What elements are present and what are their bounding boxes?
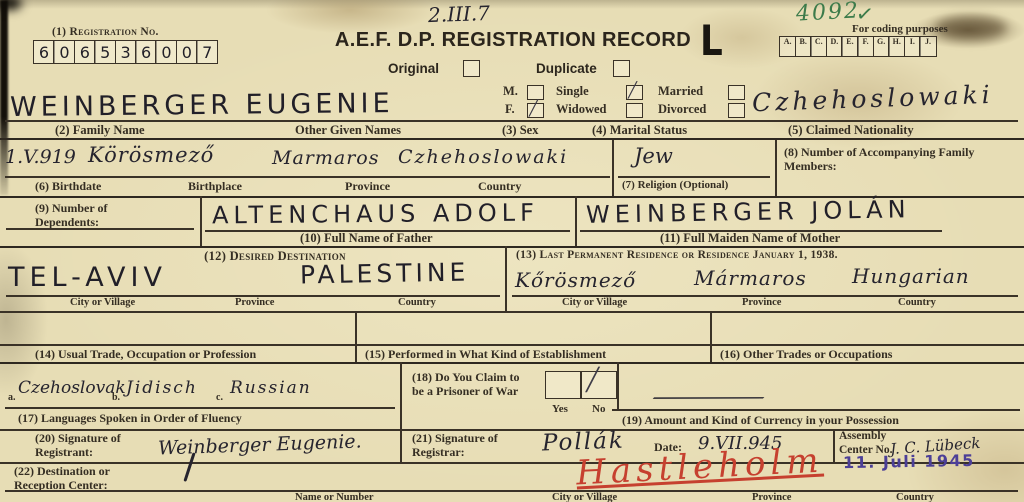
reception-city-label: City or Village [552,492,617,502]
date-stamp: 11. Juli 1945 [843,451,975,472]
residence-country-value: Hungarian [852,264,970,288]
religion-value: Jew [634,144,673,168]
language-b-prefix: b. [112,392,120,403]
original-label: Original [388,61,439,76]
registration-digit-cell: 6 [33,40,55,64]
cell-divider [505,246,507,311]
cell-divider [355,311,357,363]
dp-registration-record-scan: (1) Registration No. 6 0 6 5 3 6 0 0 7 2… [0,0,1024,502]
mother-name-label: (11) Full Maiden Name of Mother [660,231,840,246]
registrant-signature-value: Weinberger Eugenie. [158,430,362,459]
cell-divider [617,362,619,409]
duplicate-checkbox [613,60,630,77]
rule [5,120,1018,122]
registration-digit: 0 [182,43,192,62]
rule [5,490,1018,492]
residence-city-label: City or Village [562,297,627,308]
last-residence-label: (13) Last Permanent Residence or Residen… [516,249,838,261]
coding-letter: I. [910,37,915,46]
form-title: A.E.F. D.P. REGISTRATION RECORD [322,29,704,52]
language-a-value: Czehoslovak [18,378,126,398]
registration-digit: 3 [121,43,131,62]
coding-letter: G. [877,37,885,46]
registration-digit: 5 [100,43,110,62]
registration-no-boxes: 6 0 6 5 3 6 0 0 7 [33,40,218,64]
residence-country-label: Country [898,297,936,308]
other-given-names-label: Other Given Names [295,123,401,138]
corner-mark-L: L [700,16,723,65]
other-trades-label: (16) Other Trades or Occupations [720,347,892,362]
birthplace-value: Körösmező [88,143,214,167]
sex-m-checkbox [527,85,544,100]
language-c-prefix: c. [216,392,223,403]
coding-purposes-label: For coding purposes [852,23,948,35]
coding-letter: F. [862,37,868,46]
registrant-signature-label: (20) Signature of Registrant: [35,431,150,459]
destination-country-label: Country [398,297,436,308]
cell-divider [575,196,577,246]
cell-divider [400,429,402,462]
widowed-label: Widowed [556,102,606,117]
coding-letter: D. [830,37,838,46]
language-b-value: Jidisch [126,378,198,398]
corner-smudge [0,0,22,10]
family-name-value: WEINBERGER EUGENIE [10,88,394,123]
language-a-prefix: a. [8,392,16,403]
pow-yes-label: Yes [552,403,568,415]
divorced-checkbox [728,103,745,118]
single-label: Single [556,84,589,99]
cell-divider [200,196,202,246]
registration-digit: 0 [161,43,171,62]
currency-label: (19) Amount and Kind of Currency in your… [622,413,899,428]
coding-letter: C. [815,37,823,46]
cell-divider [400,362,402,429]
divorced-label: Divorced [658,102,706,117]
destination-province-label: Province [235,297,274,308]
rule [0,311,1024,313]
cell-divider [833,429,835,462]
rule [612,409,1020,411]
rule [5,407,395,409]
coding-letter: B. [800,37,807,46]
destination-city-label: City or Village [70,297,135,308]
birth-province-label: Province [345,179,390,194]
coding-letter: E. [846,37,853,46]
registration-no-label: (1) Registration No. [52,26,159,38]
registration-digit-cell: 0 [176,40,198,64]
cell-divider [775,140,777,196]
coding-cell: J. [919,36,936,57]
currency-value-dash: — [648,385,670,410]
birthdate-value: 1.V.919 [5,146,76,168]
cell-divider [710,311,712,363]
father-name-value: ALTENCHAUS ADOLF [212,199,539,230]
languages-label: (17) Languages Spoken in Order of Fluenc… [18,411,242,426]
check-mark: ╱ [628,81,637,99]
married-label: Married [658,84,703,99]
registration-digit-cell: 7 [196,40,218,64]
rule [5,176,610,178]
registration-digit: 0 [59,43,69,62]
language-c-value: Russian [230,378,312,398]
marital-status-label: (4) Marital Status [592,123,687,138]
registration-digit-cell: 0 [155,40,177,64]
duplicate-label: Duplicate [536,61,597,76]
reception-country-label: Country [896,492,934,502]
family-members-label: (8) Number of Accompanying Family Member… [784,145,1009,173]
pow-label: (18) Do You Claim to be a Prisoner of Wa… [412,370,532,398]
coding-letter: J. [925,37,931,46]
registration-digit: 7 [202,43,212,62]
rule [0,362,1024,364]
birth-province-value: Marmaros [272,147,379,169]
reception-center-label: (22) Destination or Reception Center: [14,464,164,492]
reception-province-label: Province [752,492,791,502]
registration-digit: 6 [80,43,90,62]
pen-dash: — [647,385,770,410]
registration-digit: 6 [141,43,151,62]
rule [0,138,1024,140]
cell-divider [580,372,582,398]
check-mark: ╱ [586,368,599,393]
reception-name-label: Name or Number [295,492,374,502]
coding-number-pencil: 4092 [795,0,860,27]
claimed-nationality-label: (5) Claimed Nationality [788,123,914,138]
rule [0,344,1024,346]
family-name-label: (2) Family Name [55,123,145,138]
sex-m-label: M. [503,84,518,99]
sex-f-checkbox: ╱ [527,103,544,118]
destination-city-value: TEL-AVIV [8,262,167,293]
sex-label: (3) Sex [502,123,538,138]
rule [6,228,194,230]
registration-digit-cell: 6 [135,40,157,64]
coding-letter: H. [893,37,901,46]
usual-trade-label: (14) Usual Trade, Occupation or Professi… [35,347,256,362]
destination-country-value: PALESTINE [300,258,470,290]
pow-no-label: No [592,403,605,415]
birthdate-label: (6) Birthdate [35,179,101,194]
coding-letter: A. [784,37,792,46]
single-checkbox: ╱ [626,85,643,100]
registration-digit-cell: 0 [53,40,75,64]
religion-label: (7) Religion (Optional) [622,179,728,191]
residence-city-value: Kőrösmező [515,268,636,292]
mother-name-value: WEINBERGER JOLÁN [586,195,911,229]
registration-digit-cell: 6 [74,40,96,64]
residence-province-label: Province [742,297,781,308]
sex-f-label: F. [505,102,515,117]
establishment-label: (15) Performed in What Kind of Establish… [365,347,606,362]
pencil-annotation: 2.III.7 [428,1,491,27]
registration-digit-cell: 3 [115,40,137,64]
married-checkbox [728,85,745,100]
father-name-label: (10) Full Name of Father [300,231,433,246]
birthplace-label: Birthplace [188,179,242,194]
residence-province-value: Mármaros [694,266,807,290]
dependents-label: (9) Number of Dependents: [35,201,155,229]
rule [618,176,770,178]
pow-checkbox-pair: ╱ [545,371,617,399]
registration-digit: 6 [39,43,49,62]
registration-digit-cell: 5 [94,40,116,64]
original-checkbox [463,60,480,77]
check-mark: ╱ [529,99,538,117]
widowed-checkbox [626,103,643,118]
cell-divider [612,140,614,196]
birth-country-label: Country [478,179,521,194]
registrar-signature-label: (21) Signature of Registrar: [412,431,527,459]
birth-country-value: Czhehoslowaki [398,146,568,168]
coding-boxes: A. B. C. D. E. F. G. H. I. J. [779,36,937,57]
nationality-value: Czhehoslowaki [752,80,995,117]
